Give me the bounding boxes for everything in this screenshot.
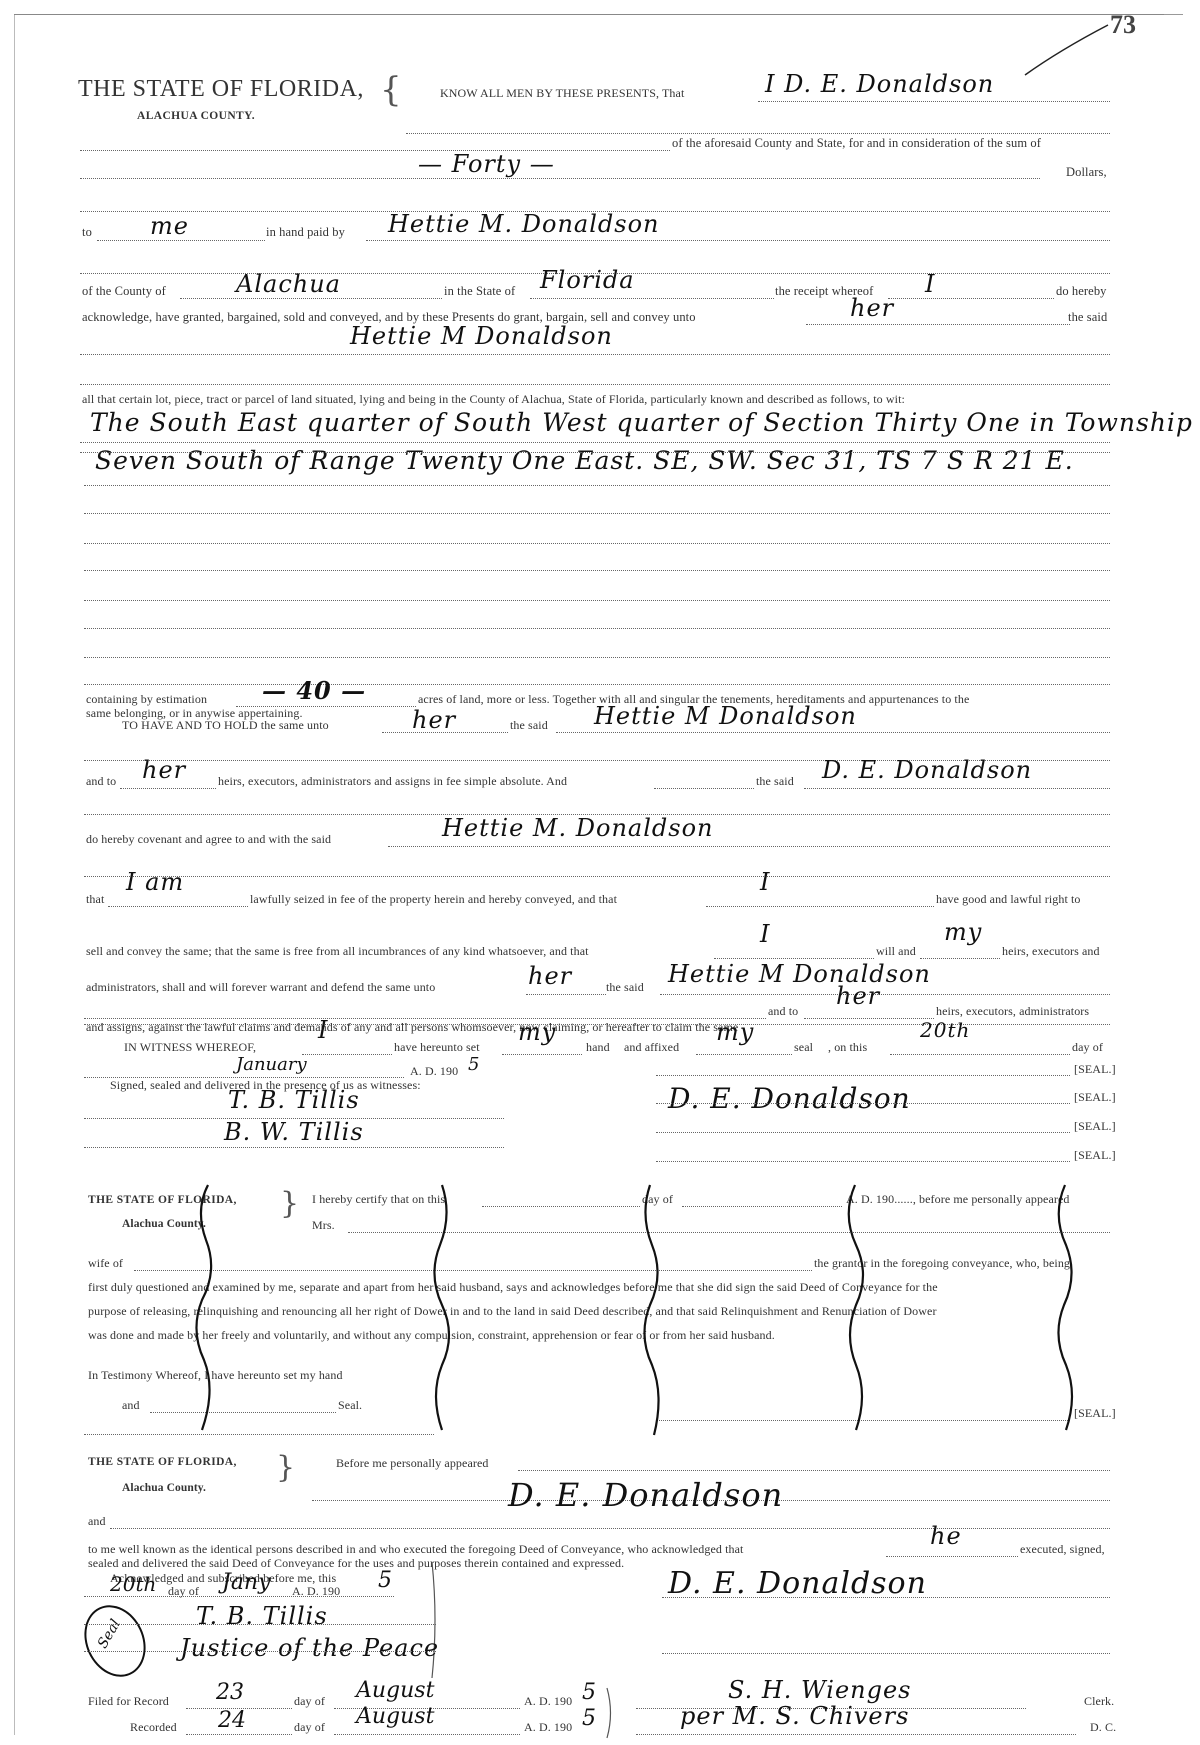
recorded-year-digit: 5 xyxy=(582,1706,596,1731)
filed-year-digit: 5 xyxy=(582,1680,596,1705)
blank-line xyxy=(84,570,1110,571)
ack-day-of-label: day of xyxy=(168,1584,199,1599)
year-digit: 5 xyxy=(468,1054,479,1075)
grantor-handwritten: I D. E. Donaldson xyxy=(765,70,994,98)
seal-bracket-3: [SEAL.] xyxy=(1074,1119,1116,1134)
blank-line xyxy=(84,628,1110,629)
to-value: me xyxy=(150,212,189,240)
witness-value: I xyxy=(318,1016,328,1044)
on-this-label: , on this xyxy=(828,1040,867,1055)
description-line-1: The South East quarter of South West qua… xyxy=(90,408,1193,437)
blank-line xyxy=(84,543,1110,544)
grantor-line xyxy=(804,788,1110,789)
recorded-ad-label: A. D. 190 xyxy=(524,1720,572,1735)
grantor-line-2 xyxy=(406,133,1110,134)
filed-day-of-label: day of xyxy=(294,1694,325,1709)
blank-line xyxy=(84,657,1110,658)
will-value: I xyxy=(760,920,770,948)
state-title: THE STATE OF FLORIDA, xyxy=(78,76,364,103)
lawfully-line xyxy=(706,906,934,907)
containing-label: containing by estimation xyxy=(86,692,207,707)
ack-before-me-line xyxy=(518,1470,1110,1471)
grantor-signature: D. E. Donaldson xyxy=(668,1082,911,1115)
acres-value: — 40 — xyxy=(262,676,366,705)
ack-day-line xyxy=(84,1596,394,1597)
receipt-line xyxy=(888,298,1054,299)
covenant-text: do hereby covenant and agree to and with… xyxy=(86,832,331,847)
dollars-label: Dollars, xyxy=(1066,165,1107,180)
blank-line xyxy=(84,1018,766,1019)
and-to-value: her xyxy=(142,756,186,784)
day-of-label: day of xyxy=(1072,1040,1103,1055)
right-text: have good and lawful right to xyxy=(936,892,1081,907)
holder-line xyxy=(556,732,1110,733)
in-state-label: in the State of xyxy=(444,284,515,299)
blank-line xyxy=(654,788,754,789)
blank-line xyxy=(84,684,1110,685)
heirs-line xyxy=(920,958,1000,959)
ack-and-label: and xyxy=(88,1514,106,1529)
seal-line-2 xyxy=(656,1103,1070,1104)
the-said-label: the said xyxy=(756,774,794,789)
grantor-value: D. E. Donaldson xyxy=(822,756,1032,784)
ack-appeared-value: D. E. Donaldson xyxy=(508,1476,783,1514)
unto-line xyxy=(806,324,1070,325)
know-all-men-text: KNOW ALL MEN BY THESE PRESENTS, That xyxy=(440,86,684,101)
hand-label: hand xyxy=(586,1040,610,1055)
cross-out-squiggles xyxy=(180,1180,1140,1440)
warrant-said-line xyxy=(660,994,1110,995)
pen-stroke-mark xyxy=(1020,20,1110,80)
covenant-line xyxy=(388,846,1110,847)
will-line xyxy=(714,958,874,959)
filed-day: 23 xyxy=(216,1680,244,1705)
blank-line xyxy=(84,513,1110,514)
witness-2-signature: B. W. Tillis xyxy=(224,1118,364,1146)
seal-line-3 xyxy=(656,1132,1070,1133)
assigns-and-to-line xyxy=(804,1018,934,1019)
description-rule-2 xyxy=(80,452,1110,453)
receipt-value: I xyxy=(925,270,935,298)
lawfully-text: lawfully seized in fee of the property h… xyxy=(250,892,617,907)
grantee-value: Hettie M Donaldson xyxy=(350,322,613,350)
filing-bracket xyxy=(606,1686,616,1740)
grantee-line xyxy=(80,354,1110,355)
lawfully-value: I xyxy=(760,868,770,896)
top-border xyxy=(14,14,1164,15)
assigns-heirs-text: heirs, executors, administrators xyxy=(936,1004,1089,1019)
ack-blank-line xyxy=(662,1653,1110,1654)
clerk-name: S. H. Wienges xyxy=(728,1676,912,1704)
the-said-label: the said xyxy=(510,718,548,733)
the-said-label: the said xyxy=(1068,310,1107,325)
have-hereunto-label: have hereunto set xyxy=(394,1040,480,1055)
paid-by-label: in hand paid by xyxy=(266,225,345,240)
seal-bracket-4: [SEAL.] xyxy=(1074,1148,1116,1163)
blank-line xyxy=(84,485,1110,486)
to-have-value: her xyxy=(412,706,456,734)
deputy-label: D. C. xyxy=(1090,1720,1116,1735)
ack-ad-label: A. D. 190 xyxy=(292,1584,340,1599)
ack-year-digit: 5 xyxy=(378,1568,392,1593)
filed-ad-label: A. D. 190 xyxy=(524,1694,572,1709)
that-value: I am xyxy=(126,868,184,896)
ack-acknowledged-line xyxy=(886,1556,1018,1557)
seal-line-1 xyxy=(656,1075,1070,1076)
blank-line xyxy=(80,384,1110,385)
ack-month-value: Jany xyxy=(222,1570,271,1595)
paid-by-line xyxy=(366,240,1110,241)
recorded-day-of-label: day of xyxy=(294,1720,325,1735)
dower-wife-of-label: wife of xyxy=(88,1256,123,1271)
recorded-label: Recorded xyxy=(130,1720,177,1735)
affixed-label: and affixed xyxy=(624,1040,679,1055)
ack-state-title: THE STATE OF FLORIDA, xyxy=(88,1456,237,1468)
amount-handwritten: — Forty — xyxy=(418,150,555,178)
blank-line xyxy=(84,600,1110,601)
warrant-said-value: Hettie M Donaldson xyxy=(668,960,931,988)
assigns-and-to-label: and to xyxy=(768,1004,798,1019)
ack-signature-line xyxy=(662,1597,1110,1598)
ack-day-value: 20th xyxy=(110,1572,156,1596)
ad-label: A. D. 190 xyxy=(410,1064,458,1079)
warrant-text: administrators, shall and will forever w… xyxy=(86,980,435,995)
incumbrances-text: sell and convey the same; that the same … xyxy=(86,944,589,959)
dower-and-label: and xyxy=(122,1398,140,1413)
ack-bracket xyxy=(430,1560,442,1680)
description-rule-1 xyxy=(80,442,1110,443)
county-line xyxy=(180,298,442,299)
seal-label: seal xyxy=(794,1040,813,1055)
consideration-text: of the aforesaid County and State, for a… xyxy=(672,136,1041,151)
recorded-month-line xyxy=(334,1734,520,1735)
ack-county: Alachua County. xyxy=(122,1482,206,1494)
recorded-day-line xyxy=(186,1734,292,1735)
covenant-value: Hettie M. Donaldson xyxy=(442,814,713,842)
clerk-label: Clerk. xyxy=(1084,1694,1114,1709)
amount-line xyxy=(80,178,1040,179)
county-value: Alachua xyxy=(236,270,341,298)
that-label: that xyxy=(86,892,104,907)
assigns-and-to-value: her xyxy=(836,982,880,1010)
ack-executed-text: executed, signed, xyxy=(1020,1542,1105,1557)
month-value: January xyxy=(236,1054,307,1075)
state-value: Florida xyxy=(540,266,635,294)
day-line xyxy=(890,1054,1070,1055)
grantor-line xyxy=(758,101,1110,102)
hand-line xyxy=(502,1054,582,1055)
in-witness-label: IN WITNESS WHEREOF, xyxy=(124,1040,256,1055)
seal-bracket-1: [SEAL.] xyxy=(1074,1062,1116,1077)
heirs-text: heirs, executors and xyxy=(1002,944,1100,959)
blank-line xyxy=(84,876,1110,877)
to-have-label: TO HAVE AND TO HOLD the same unto xyxy=(122,718,329,733)
deputy-line xyxy=(636,1734,1076,1735)
ack-before-me-text: Before me personally appeared xyxy=(336,1456,489,1471)
do-hereby-label: do hereby xyxy=(1056,284,1107,299)
brace-icon: } xyxy=(276,1450,295,1485)
filed-label: Filed for Record xyxy=(88,1694,169,1709)
blank-line xyxy=(80,150,670,151)
officer-name: T. B. Tillis xyxy=(196,1602,328,1630)
unto-value: her xyxy=(850,294,894,322)
heirs-value: my xyxy=(944,918,982,946)
that-line xyxy=(108,906,248,907)
and-to-line xyxy=(120,788,216,789)
officer-name-line xyxy=(84,1624,436,1625)
description-line-2: Seven South of Range Twenty One East. SE… xyxy=(95,446,1074,475)
recorded-month: August xyxy=(356,1704,434,1729)
claims-text: and assigns, against the lawful claims a… xyxy=(86,1020,738,1035)
heirs-text: heirs, executors, administrators and ass… xyxy=(218,774,567,789)
officer-title-line xyxy=(84,1651,436,1652)
day-value: 20th xyxy=(920,1018,970,1042)
state-line xyxy=(530,298,774,299)
seal-value: my xyxy=(716,1018,754,1046)
brace-icon: { xyxy=(380,70,402,110)
witness-1-signature: T. B. Tillis xyxy=(228,1086,360,1114)
hand-value: my xyxy=(518,1018,556,1046)
recorded-day: 24 xyxy=(218,1708,246,1733)
county-label: ALACHUA COUNTY. xyxy=(137,110,255,122)
seal-bracket-2: [SEAL.] xyxy=(1074,1090,1116,1105)
will-and-label: will and xyxy=(876,944,916,959)
warrant-unto-value: her xyxy=(528,962,572,990)
to-label: to xyxy=(82,225,92,240)
deputy-name: per M. S. Chivers xyxy=(680,1702,909,1730)
page-number: 73 xyxy=(1110,10,1136,40)
ack-signature: D. E. Donaldson xyxy=(668,1566,927,1601)
filed-month: August xyxy=(356,1678,434,1703)
seal-line-4 xyxy=(656,1161,1070,1162)
to-line xyxy=(97,240,265,241)
the-said-label: the said xyxy=(606,980,644,995)
ack-body-line-2: sealed and delivered the said Deed of Co… xyxy=(88,1556,624,1571)
holder-value: Hettie M Donaldson xyxy=(594,702,857,730)
and-to-label: and to xyxy=(86,774,116,789)
ack-acknowledged-value: he xyxy=(930,1522,962,1550)
warrant-unto-line xyxy=(526,994,606,995)
officer-title: Justice of the Peace xyxy=(180,1634,439,1662)
paid-by-value: Hettie M. Donaldson xyxy=(388,210,659,238)
ack-body-line-1: to me well known as the identical person… xyxy=(88,1542,744,1557)
seal-value-line xyxy=(696,1054,792,1055)
description-intro: all that certain lot, piece, tract or pa… xyxy=(82,392,905,407)
witness-2-line xyxy=(84,1147,504,1148)
witness-line xyxy=(302,1054,392,1055)
of-county-label: of the County of xyxy=(82,284,166,299)
